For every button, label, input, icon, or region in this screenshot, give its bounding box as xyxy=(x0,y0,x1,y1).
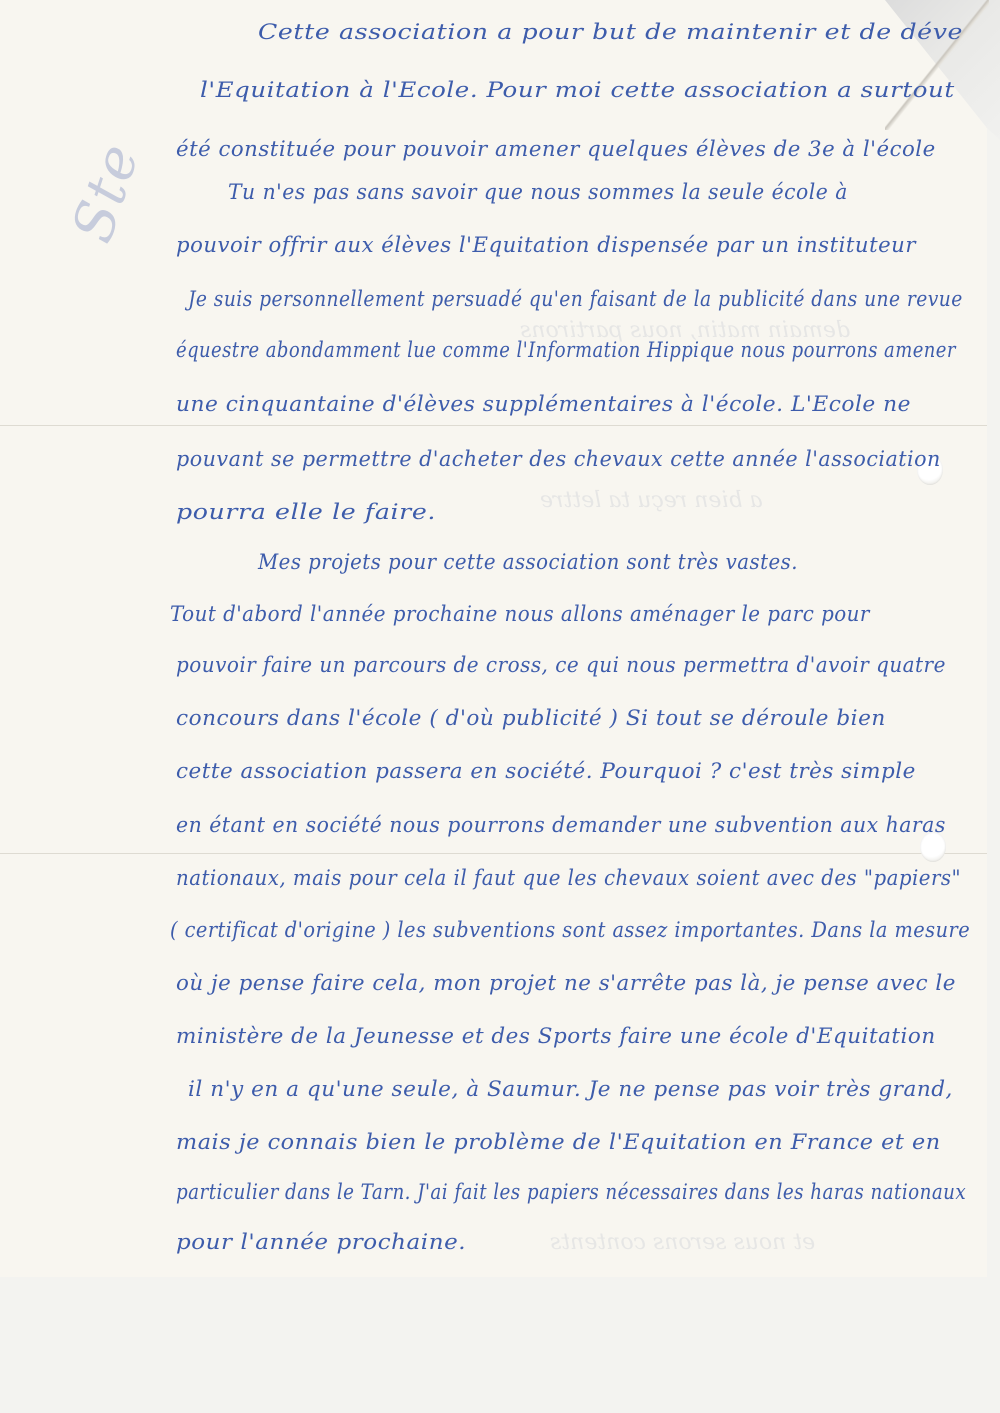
letter-line: pour l'année prochaine. xyxy=(176,1230,466,1254)
letter-line: cette association passera en société. Po… xyxy=(176,759,916,783)
letter-line: en étant en société nous pourrons demand… xyxy=(176,813,946,837)
letter-line: mais je connais bien le problème de l'Eq… xyxy=(176,1130,941,1154)
letter-line: Cette association a pour but de mainteni… xyxy=(258,20,963,44)
letter-line: ( certificat d'origine ) les subventions… xyxy=(170,918,970,942)
letter-line: pouvoir offrir aux élèves l'Equitation d… xyxy=(176,233,916,257)
letter-body: Cette association a pour but de mainteni… xyxy=(0,0,987,1277)
letter-line: particulier dans le Tarn. J'ai fait les … xyxy=(176,1180,966,1204)
letter-line: pouvoir faire un parcours de cross, ce q… xyxy=(176,653,946,677)
letter-line: équestre abondamment lue comme l'Informa… xyxy=(176,338,956,362)
letter-line: il n'y en a qu'une seule, à Saumur. Je n… xyxy=(188,1077,953,1101)
letter-line: où je pense faire cela, mon projet ne s'… xyxy=(176,971,956,995)
letter-line: pourra elle le faire. xyxy=(176,500,436,524)
letter-line: Mes projets pour cette association sont … xyxy=(258,550,798,574)
letter-line: été constituée pour pouvoir amener quelq… xyxy=(176,137,936,161)
letter-line: concours dans l'école ( d'où publicité )… xyxy=(176,706,886,730)
letter-line: une cinquantaine d'élèves supplémentaire… xyxy=(176,392,911,416)
letter-line: Je suis personnellement persuadé qu'en f… xyxy=(188,287,963,311)
letter-line: l'Equitation à l'Ecole. Pour moi cette a… xyxy=(200,78,955,102)
letter-line: nationaux, mais pour cela il faut que le… xyxy=(176,866,961,890)
letter-line: pouvant se permettre d'acheter des cheva… xyxy=(176,447,941,471)
letter-line: Tu n'es pas sans savoir que nous sommes … xyxy=(228,180,848,204)
letter-line: ministère de la Jeunesse et des Sports f… xyxy=(176,1024,936,1048)
letter-line: Tout d'abord l'année prochaine nous allo… xyxy=(170,602,870,626)
